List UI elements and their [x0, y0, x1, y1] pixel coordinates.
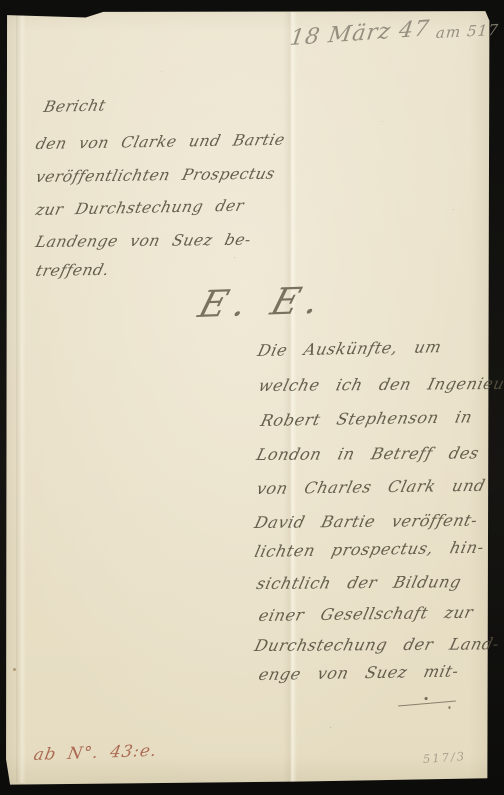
- body-line: sichtlich der Bildung: [255, 572, 464, 593]
- body-line: Robert Stephenson in: [259, 407, 475, 430]
- pencil-archive-ref: 517/3: [423, 749, 467, 766]
- margin-line: treffend.: [34, 261, 111, 280]
- left-fold-crease: [16, 12, 26, 783]
- margin-line: Bericht: [42, 97, 108, 116]
- body-line: von Charles Clark und: [255, 476, 488, 498]
- body-line: Durchstechung der Land-: [253, 634, 502, 655]
- paper-specks: [0, 0, 3, 3]
- body-line: welche ich den Ingenieur: [257, 374, 504, 395]
- salutation-initials: E. E.: [194, 279, 332, 326]
- scanned-document: 18 März 47 am 517 Bericht den von Clarke…: [0, 0, 504, 795]
- margin-line: Landenge von Suez be-: [34, 231, 253, 251]
- body-line: David Bartie veröffent-: [253, 511, 480, 532]
- pencil-number-note: am 517: [435, 21, 500, 42]
- body-line: enge von Suez mit-: [257, 662, 461, 684]
- body-line: einer Gesellschaft zur: [257, 603, 476, 625]
- margin-line: veröffentlichten Prospectus: [34, 165, 277, 186]
- body-line: London in Betreff des: [255, 443, 482, 464]
- body-line: Die Auskünfte, um: [256, 337, 444, 360]
